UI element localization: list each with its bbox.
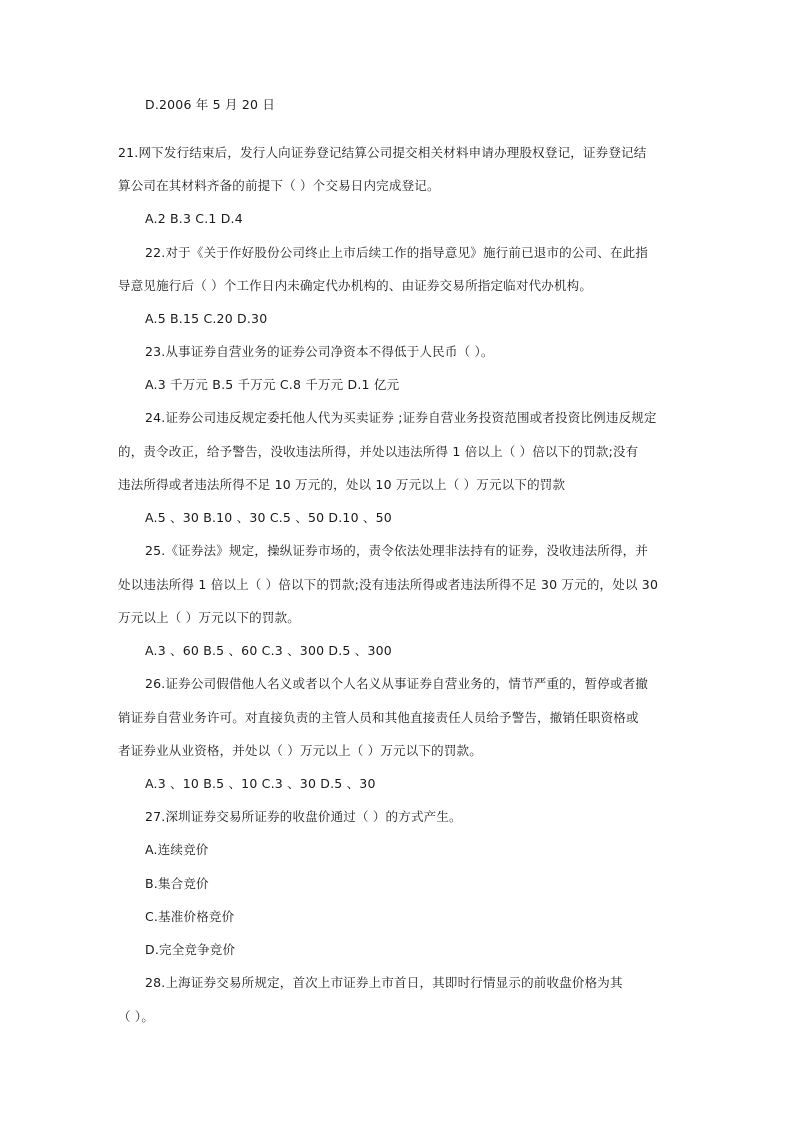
question-27-option-b: B.集合竞价: [145, 876, 209, 892]
question-25-line-1: 25.《证券法》规定，操纵证券市场的，责令依法处理非法持有的证券，没收违法所得，…: [145, 543, 648, 559]
question-22-line-1: 22.对于《关于作好股份公司终止上市后续工作的指导意见》施行前已退市的公司、在此…: [145, 245, 648, 261]
question-21-line-2: 算公司在其材料齐备的前提下（ ）个交易日内完成登记。: [118, 178, 440, 194]
question-27-option-d: D.完全竞争竞价: [145, 942, 235, 958]
question-23-options: A.3 千万元 B.5 千万元 C.8 千万元 D.1 亿元: [145, 377, 399, 393]
question-22-line-2: 导意见施行后（ ）个工作日内未确定代办机构的、由证券交易所指定临对代办机构。: [118, 278, 592, 294]
question-25-line-2: 处以违法所得 1 倍以上（ ）倍以下的罚款;没有违法所得或者违法所得不足 30 …: [118, 577, 658, 593]
question-21-line-1: 21.网下发行结束后，发行人向证券登记结算公司提交相关材料申请办理股权登记，证券…: [118, 145, 646, 161]
question-27-line-1: 27.深圳证券交易所证券的收盘价通过（ ）的方式产生。: [145, 809, 462, 825]
question-27-option-a: A.连续竞价: [145, 842, 209, 858]
question-24-options: A.5 、30 B.10 、30 C.5 、50 D.10 、50: [145, 510, 392, 526]
question-28-line-1: 28.上海证券交易所规定，首次上市证券上市首日，其即时行情显示的前收盘价格为其: [145, 975, 623, 991]
question-21-options: A.2 B.3 C.1 D.4: [145, 211, 243, 227]
question-25-options: A.3 、60 B.5 、60 C.3 、300 D.5 、300: [145, 643, 392, 659]
question-24-line-1: 24.证券公司违反规定委托他人代为买卖证券 ;证券自营业务投资范围或者投资比例违…: [145, 410, 657, 426]
question-28-line-2: （ ）。: [118, 1009, 154, 1025]
question-22-options: A.5 B.15 C.20 D.30: [145, 311, 267, 327]
question-25-line-3: 万元以上（ ）万元以下的罚款。: [118, 610, 300, 626]
question-23-line-1: 23.从事证券自营业务的证券公司净资本不得低于人民币（ ）。: [145, 344, 494, 360]
question-26-options: A.3 、10 B.5 、10 C.3 、30 D.5 、30: [145, 776, 376, 792]
question-26-line-2: 销证券自营业务许可。对直接负责的主管人员和其他直接责任人员给予警告，撤销任职资格…: [118, 710, 639, 726]
question-26-line-1: 26.证券公司假借他人名义或者以个人名义从事证券自营业务的，情节严重的，暂停或者…: [145, 676, 648, 692]
question-24-line-2: 的，责令改正，给予警告，没收违法所得，并处以违法所得 1 倍以上（ ）倍以下的罚…: [118, 444, 638, 460]
question-26-line-3: 者证券业从业资格，并处以（ ）万元以上（ ）万元以下的罚款。: [118, 743, 482, 759]
document-page: D.2006 年 5 月 20 日 21.网下发行结束后，发行人向证券登记结算公…: [0, 0, 794, 1123]
question-24-line-3: 违法所得或者违法所得不足 10 万元的，处以 10 万元以上（ ）万元以下的罚款: [118, 477, 565, 493]
question-27-option-c: C.基准价格竞价: [145, 909, 234, 925]
option-line-d-date: D.2006 年 5 月 20 日: [145, 97, 275, 113]
